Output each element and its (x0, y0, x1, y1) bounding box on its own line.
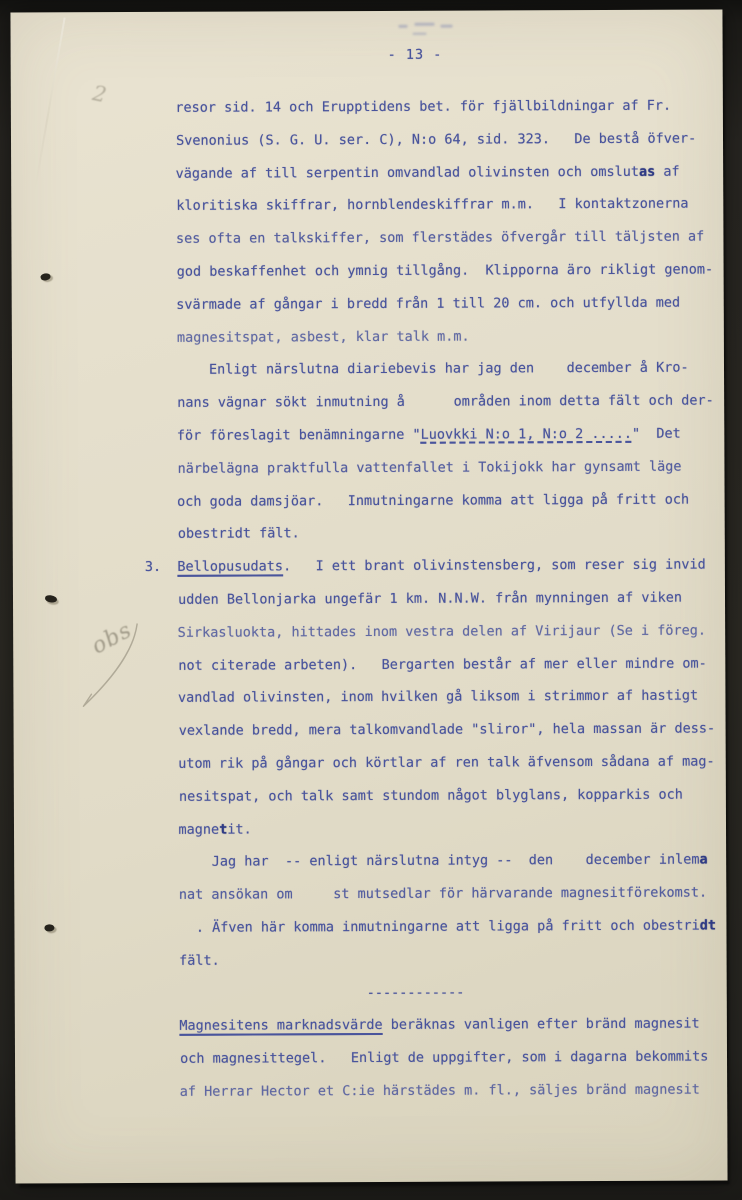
typed-segment-u: Magnesitens marknadsvärde (179, 1017, 382, 1034)
typed-segment: vexlande bredd, mera talkomvandlade "sli… (146, 721, 715, 739)
typed-segment: beräknas vanligen efter bränd magnesit (383, 1016, 700, 1033)
typed-line: utom rik på gångar och körtlar af ren ta… (146, 745, 721, 780)
typed-segment: närbelägna praktfulla vattenfallet i Tok… (145, 458, 682, 476)
typed-segment: it. (227, 821, 251, 837)
typed-segment: obestridt fält. (145, 526, 300, 543)
typed-text-block: resor sid. 14 och Erupptidens bet. för f… (143, 89, 722, 1108)
scan-background: - 13 - 2 obs resor sid. 14 och Erupptide… (0, 0, 742, 1200)
typed-line: kloritiska skiffrar, hornblendeskiffrar … (144, 188, 719, 223)
typed-line: resor sid. 14 och Erupptidens bet. för f… (143, 89, 718, 124)
typed-segment: och goda damsjöar. Inmutningarne komma a… (145, 491, 690, 509)
typed-segment: . I ett brant olivinstensberg, som reser… (283, 557, 706, 575)
typed-line: vägande af till serpentin omvandlad oliv… (143, 155, 718, 190)
typed-segment: not citerade arbeten). Bergarten består … (146, 655, 707, 673)
typed-line: vandlad olivinsten, inom hvilken gå liks… (145, 680, 720, 715)
pencil-flourish-stroke (71, 614, 156, 724)
typed-segment: af Herrar Hector et C:ie härstädes m. fl… (147, 1081, 700, 1099)
typed-line: obestridt fält. (145, 516, 720, 551)
typed-segment-b: a (699, 852, 707, 868)
typed-segment: för föreslagit benämningarne " (144, 427, 420, 444)
typed-line: ------------ (147, 975, 722, 1010)
typed-segment: magnesitspat, asbest, klar talk m.m. (144, 328, 469, 345)
page-number: - 13 - (388, 47, 443, 63)
typed-line: Sirkasluokta, hittades inom vestra delen… (145, 614, 720, 649)
typed-segment-ud: Luovkki N:o 1, N:o 2 ..... (421, 426, 632, 443)
typed-segment: vägande af till serpentin omvandlad oliv… (143, 163, 639, 181)
typed-segment: . Äfven här komma inmutningarne att ligg… (147, 917, 700, 935)
typed-segment: nesitspat, och talk samt stundom något b… (146, 786, 683, 804)
typed-segment: svärmade af gångar i bredd från 1 till 2… (144, 294, 681, 312)
typed-segment: ses ofta en talkskiffer, som flerstädes … (143, 229, 704, 247)
typed-segment: fält. (147, 952, 220, 968)
typed-line: Jag har -- enligt närslutna intyg -- den… (147, 844, 722, 879)
typed-line: magnesitspat, asbest, klar talk m.m. (144, 319, 719, 354)
ghost-offset-marks (398, 23, 458, 39)
document-page: - 13 - 2 obs resor sid. 14 och Erupptide… (10, 9, 727, 1183)
typed-line: not citerade arbeten). Bergarten består … (146, 647, 721, 682)
typed-line: fält. (147, 942, 722, 977)
typed-segment: utom rik på gångar och körtlar af ren ta… (146, 753, 715, 771)
typed-segment: vandlad olivinsten, inom hvilken gå liks… (145, 688, 698, 706)
typed-segment: kloritiska skiffrar, hornblendeskiffrar … (144, 196, 689, 214)
typed-line: Enligt närslutna diariebevis har jag den… (144, 352, 719, 387)
ink-speck (44, 924, 55, 932)
pencil-obs-mark: obs (71, 614, 156, 724)
typed-line: nesitspat, och talk samt stundom något b… (146, 778, 721, 813)
typed-segment: " Det (632, 426, 681, 442)
typed-segment: Jag har -- enligt närslutna intyg -- den… (147, 852, 700, 870)
typed-segment (147, 1018, 180, 1034)
ink-speck (40, 272, 51, 281)
typed-line: ses ofta en talkskiffer, som flerstädes … (143, 221, 718, 256)
typed-line: nans vägnar sökt inmutning å områden ino… (145, 385, 720, 420)
typed-line: nat ansökan om st mutsedlar för härvaran… (146, 877, 721, 912)
paper-crease (34, 17, 66, 190)
typed-line: och goda damsjöar. Inmutningarne komma a… (145, 483, 720, 518)
typed-segment: 3. (145, 559, 178, 575)
ink-speck (45, 595, 58, 604)
typed-segment: nat ansökan om st mutsedlar för härvaran… (146, 885, 707, 903)
typed-line: . Äfven här komma inmutningarne att ligg… (147, 909, 722, 944)
typed-line: 3. Bellopusudats. I ett brant olivinsten… (145, 549, 720, 584)
typed-segment: Svenonius (S. G. U. ser. C), N:o 64, sid… (144, 130, 697, 148)
typed-segment-b: dt (700, 917, 716, 933)
typed-segment: af (655, 163, 679, 179)
typed-segment: Sirkasluokta, hittades inom vestra delen… (145, 622, 706, 640)
typed-line: god beskaffenhet och ymnig tillgång. Kli… (144, 253, 719, 288)
typed-segment: nans vägnar sökt inmutning å områden ino… (145, 393, 714, 411)
typed-line: magnetit. (146, 811, 721, 846)
typed-segment: och magnesittegel. Enligt de uppgifter, … (148, 1049, 709, 1067)
typed-segment: Enligt närslutna diariebevis har jag den… (144, 360, 689, 378)
typed-line: och magnesittegel. Enligt de uppgifter, … (148, 1041, 723, 1076)
typed-line: Magnesitens marknadsvärde beräknas vanli… (147, 1008, 722, 1043)
typed-line: vexlande bredd, mera talkomvandlade "sli… (146, 713, 721, 748)
typed-segment: magne (146, 821, 219, 837)
typed-segment-b: as (639, 163, 655, 179)
typed-segment: resor sid. 14 och Erupptidens bet. för f… (143, 98, 671, 116)
typed-segment: udden Bellonjarka ungefär 1 km. N.N.W. f… (146, 590, 683, 608)
typed-line: för föreslagit benämningarne "Luovkki N:… (144, 417, 719, 452)
typed-line: närbelägna praktfulla vattenfallet i Tok… (145, 450, 720, 485)
typed-line: udden Bellonjarka ungefär 1 km. N.N.W. f… (146, 581, 721, 616)
typed-line: svärmade af gångar i bredd från 1 till 2… (144, 286, 719, 321)
typed-line: af Herrar Hector et C:ie härstädes m. fl… (147, 1073, 722, 1108)
typed-line: Svenonius (S. G. U. ser. C), N:o 64, sid… (144, 122, 719, 157)
typed-segment: ------------ (147, 984, 464, 1001)
pencil-mark-2: 2 (91, 81, 109, 107)
typed-segment-u: Bellopusudats (177, 559, 283, 575)
typed-segment: god beskaffenhet och ymnig tillgång. Kli… (144, 261, 713, 279)
